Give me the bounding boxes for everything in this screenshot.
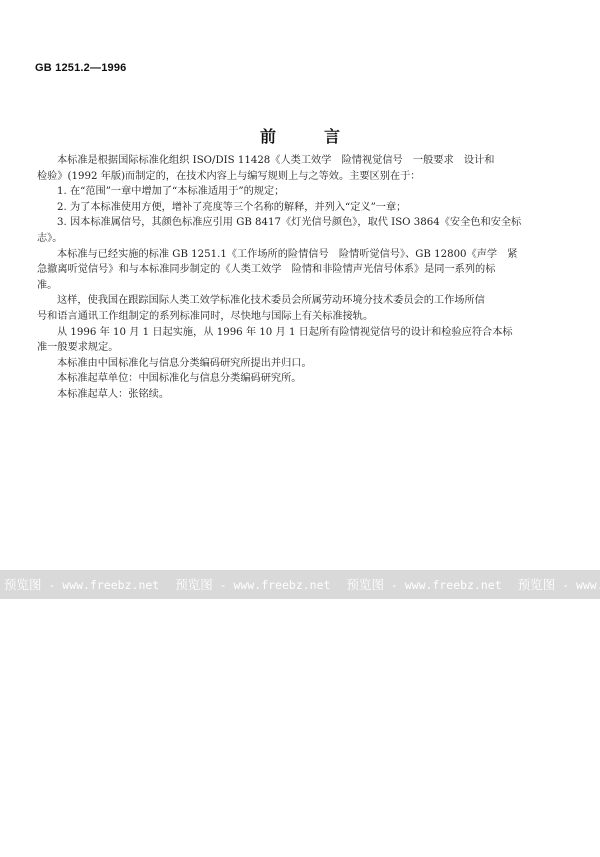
standard-number: GB 1251.2—1996: [35, 62, 126, 74]
text-line: 准。: [37, 278, 567, 294]
watermark-text: 预览图 - www.freebz.net: [518, 570, 600, 599]
text-line: 检验》(1992 年版)而制定的，在技术内容上与编写规则上与之等效。主要区别在于…: [37, 169, 567, 185]
list-item: 1. 在“范围”一章中增加了“本标准适用于”的规定；: [37, 184, 567, 200]
title-char-2: 言: [324, 124, 340, 147]
text-line: 本标准是根据国际标准化组织 ISO/DIS 11428《人类工效学 险情视觉信号…: [37, 153, 567, 169]
title-char-1: 前: [260, 124, 276, 147]
watermark-text: 预览图 - www.freebz.net: [175, 570, 330, 599]
foreword-body: 本标准是根据国际标准化组织 ISO/DIS 11428《人类工效学 险情视觉信号…: [37, 153, 567, 403]
watermark-band: 预览图 - www.freebz.net预览图 - www.freebz.net…: [0, 570, 600, 599]
text-line: 本标准由中国标准化与信息分类编码研究所提出并归口。: [37, 356, 567, 372]
watermark-text: 预览图 - www.freebz.net: [346, 570, 501, 599]
watermark-text: 预览图 - www.freebz.net: [4, 570, 159, 599]
text-line: 急撤离听觉信号》和与本标准同步制定的《人类工效学 险情和非险情声光信号体系》是同…: [37, 262, 567, 278]
text-line: 准一般要求规定。: [37, 340, 567, 356]
text-line: 从 1996 年 10 月 1 日起实施，从 1996 年 10 月 1 日起所…: [37, 325, 567, 341]
document-page: GB 1251.2—1996 前言 本标准是根据国际标准化组织 ISO/DIS …: [0, 0, 600, 857]
text-line: 本标准起草单位：中国标准化与信息分类编码研究所。: [37, 371, 567, 387]
text-line: 本标准起草人：张铭续。: [37, 387, 567, 403]
text-line: 这样，使我国在跟踪国际人类工效学标准化技术委员会所属劳动环境分技术委员会的工作场…: [37, 293, 567, 309]
list-item: 3. 因本标准属信号，其颜色标准应引用 GB 8417《灯光信号颜色》，取代 I…: [37, 215, 567, 231]
text-line: 号和语言通讯工作组制定的系列标准同时，尽快地与国际上有关标准接轨。: [37, 309, 567, 325]
text-line: 志》。: [37, 231, 567, 247]
page-title: 前言: [0, 124, 600, 147]
list-item: 2. 为了本标准使用方便，增补了亮度等三个名称的解释，并列入“定义”一章；: [37, 200, 567, 216]
text-line: 本标准与已经实施的标准 GB 1251.1《工作场所的险情信号 险情听觉信号》、…: [37, 247, 567, 263]
